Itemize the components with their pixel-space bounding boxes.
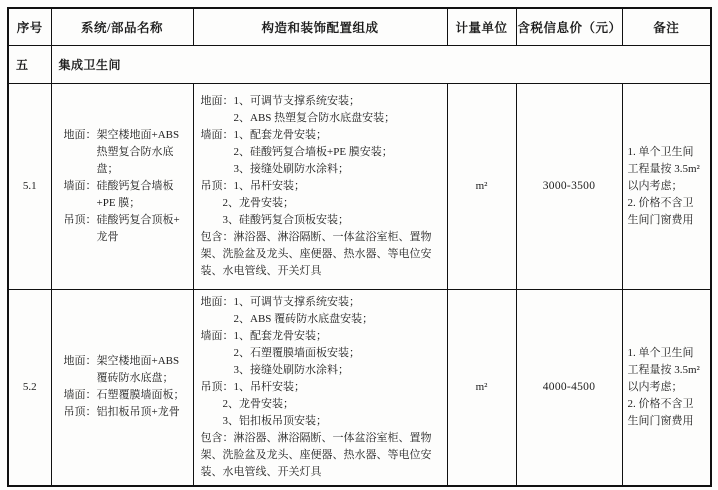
config-composition-text: 地面：1、可调节支撑系统安装； 2、ABS 热塑复合防水底盘安装； 墙面：1、配… [201,93,442,280]
col-header-seq-no: 序号 [8,8,51,45]
remark-text: 1. 单个卫生间 工程量按 3.5m² 以内考虑； 2. 价格不含卫 生间门窗费… [628,345,708,430]
unit-value: m² [447,83,516,289]
table-row-5-1: 5.1 地面：架空楼地面+ABS 热塑复合防水底 盘； 墙面：硅酸钙复合墙板 +… [8,83,711,289]
table-row-5-2: 5.2 地面：架空楼地面+ABS 覆砖防水底盘； 墙面：石塑覆膜墙面板； 吊顶：… [8,289,711,486]
remark-cell: 1. 单个卫生间 工程量按 3.5m² 以内考虑； 2. 价格不含卫 生间门窗费… [622,289,711,486]
row-seq-no: 5.1 [8,83,51,289]
section-title: 集成卫生间 [51,45,711,83]
system-name-cell: 地面：架空楼地面+ABS 热塑复合防水底 盘； 墙面：硅酸钙复合墙板 +PE 膜… [51,83,193,289]
system-name-text: 地面：架空楼地面+ABS 热塑复合防水底 盘； 墙面：硅酸钙复合墙板 +PE 膜… [64,127,189,246]
unit-value: m² [447,289,516,486]
price-value: 3000-3500 [516,83,622,289]
document-page: 序号 系统/部品名称 构造和装饰配置组成 计量单位 含税信息价（元） 备注 五 … [0,0,718,490]
col-header-price: 含税信息价（元） [516,8,622,45]
config-composition-cell: 地面：1、可调节支撑系统安装； 2、ABS 覆砖防水底盘安装； 墙面：1、配套龙… [193,289,447,486]
bathroom-price-table: 序号 系统/部品名称 构造和装饰配置组成 计量单位 含税信息价（元） 备注 五 … [7,7,712,487]
system-name-text: 地面：架空楼地面+ABS 覆砖防水底盘； 墙面：石塑覆膜墙面板； 吊顶：铝扣板吊… [64,353,189,421]
section-row: 五 集成卫生间 [8,45,711,83]
system-name-cell: 地面：架空楼地面+ABS 覆砖防水底盘； 墙面：石塑覆膜墙面板； 吊顶：铝扣板吊… [51,289,193,486]
price-value: 4000-4500 [516,289,622,486]
remark-cell: 1. 单个卫生间 工程量按 3.5m² 以内考虑； 2. 价格不含卫 生间门窗费… [622,83,711,289]
config-composition-cell: 地面：1、可调节支撑系统安装； 2、ABS 热塑复合防水底盘安装； 墙面：1、配… [193,83,447,289]
col-header-config-composition: 构造和装饰配置组成 [193,8,447,45]
col-header-system-name: 系统/部品名称 [51,8,193,45]
config-composition-text: 地面：1、可调节支撑系统安装； 2、ABS 覆砖防水底盘安装； 墙面：1、配套龙… [201,294,442,481]
section-number: 五 [8,45,51,83]
row-seq-no: 5.2 [8,289,51,486]
col-header-remark: 备注 [622,8,711,45]
col-header-unit: 计量单位 [447,8,516,45]
table-header-row: 序号 系统/部品名称 构造和装饰配置组成 计量单位 含税信息价（元） 备注 [8,8,711,45]
remark-text: 1. 单个卫生间 工程量按 3.5m² 以内考虑； 2. 价格不含卫 生间门窗费… [628,144,708,229]
